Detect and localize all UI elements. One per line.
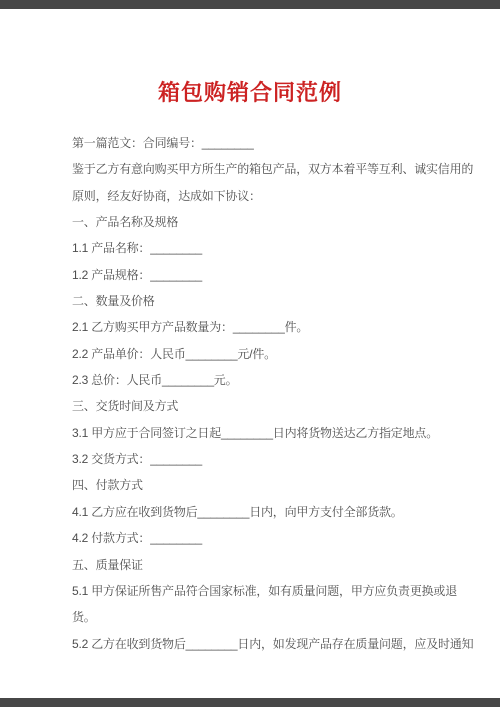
contract-clause-1-1: 1.1 产品名称：________ <box>72 235 472 261</box>
top-edge-bar <box>0 0 500 9</box>
contract-clause-3-1: 3.1 甲方应于合同签订之日起________日内将货物送达乙方指定地点。 <box>72 420 472 446</box>
contract-clause-3-2: 3.2 交货方式：________ <box>72 446 472 472</box>
contract-heading-5: 五、质量保证 <box>72 552 472 578</box>
contract-clause-1-2: 1.2 产品规格：________ <box>72 262 472 288</box>
contract-heading-2: 二、数量及价格 <box>72 288 472 314</box>
contract-clause-2-1: 2.1 乙方购买甲方产品数量为：________件。 <box>72 314 472 340</box>
contract-document-page: 箱包购销合同范例 第一篇范文：合同编号：________ 鉴于乙方有意向购买甲方… <box>0 0 500 707</box>
contract-clause-5-1a: 5.1 甲方保证所售产品符合国家标准，如有质量问题，甲方应负责更换或退 <box>72 578 472 604</box>
bottom-edge-bar <box>0 698 500 707</box>
contract-heading-1: 一、产品名称及规格 <box>72 209 472 235</box>
contract-clause-5-2: 5.2 乙方在收到货物后________日内，如发现产品存在质量问题，应及时通知 <box>72 631 472 657</box>
contract-clause-5-1b: 货。 <box>72 604 472 630</box>
contract-heading-4: 四、付款方式 <box>72 472 472 498</box>
contract-clause-2-2: 2.2 产品单价：人民币________元/件。 <box>72 341 472 367</box>
contract-clause-4-2: 4.2 付款方式：________ <box>72 525 472 551</box>
contract-clause-4-1: 4.1 乙方应在收到货物后________日内，向甲方支付全部货款。 <box>72 499 472 525</box>
contract-body: 第一篇范文：合同编号：________ 鉴于乙方有意向购买甲方所生产的箱包产品，… <box>72 130 472 657</box>
contract-heading-3: 三、交货时间及方式 <box>72 393 472 419</box>
contract-line-preamble-2: 原则，经友好协商，达成如下协议： <box>72 183 472 209</box>
contract-line-preamble-1: 鉴于乙方有意向购买甲方所生产的箱包产品，双方本着平等互利、诚实信用的 <box>72 156 472 182</box>
contract-clause-2-3: 2.3 总价：人民币________元。 <box>72 367 472 393</box>
page-title: 箱包购销合同范例 <box>0 76 500 107</box>
contract-line-intro: 第一篇范文：合同编号：________ <box>72 130 472 156</box>
